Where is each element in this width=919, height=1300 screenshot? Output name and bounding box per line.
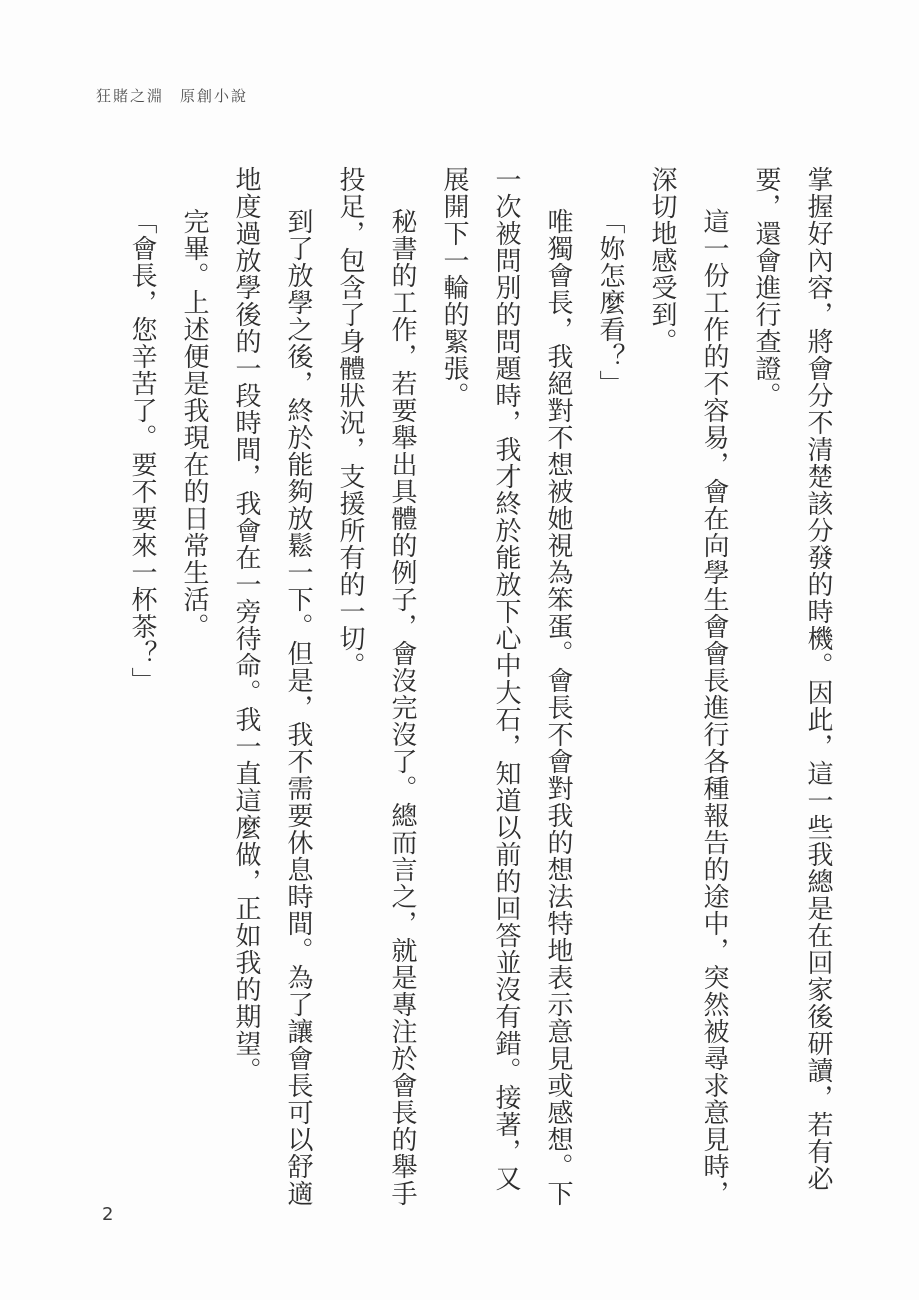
paragraph: 「會長，您辛苦了。要不要來一杯茶？」: [116, 166, 168, 1212]
paragraph: 掌握好內容，將會分不清楚該分發的時機。因此，這一些我總是在回家後研讀，若有必要，…: [740, 166, 844, 1212]
paragraph: 這一份工作的不容易，會在向學生會會長進行各種報告的途中，突然被尋求意見時，深切地…: [636, 166, 740, 1212]
paragraph: 「妳怎麼看？」: [584, 166, 636, 1212]
novel-text: 掌握好內容，將會分不清楚該分發的時機。因此，這一些我總是在回家後研讀，若有必要，…: [116, 166, 844, 1212]
page-number: 2: [102, 1204, 113, 1225]
novel-page: 狂賭之淵原創小說 掌握好內容，將會分不清楚該分發的時機。因此，這一些我總是在回家…: [0, 0, 919, 1300]
series-title: 狂賭之淵: [96, 87, 164, 105]
section-label: 原創小說: [180, 87, 248, 105]
paragraph: 到了放學之後，終於能夠放鬆一下。但是，我不需要休息時間。為了讓會長可以舒適地度過…: [220, 166, 324, 1212]
running-header: 狂賭之淵原創小說: [96, 85, 248, 106]
paragraph: 唯獨會長，我絕對不想被她視為笨蛋。會長不會對我的想法特地表示意見或感想。下一次被…: [428, 166, 584, 1212]
paragraph: 秘書的工作，若要舉出具體的例子，會沒完沒了。總而言之，就是專注於會長的舉手投足，…: [324, 166, 428, 1212]
paragraph: 完畢。上述便是我現在的日常生活。: [168, 166, 220, 1212]
